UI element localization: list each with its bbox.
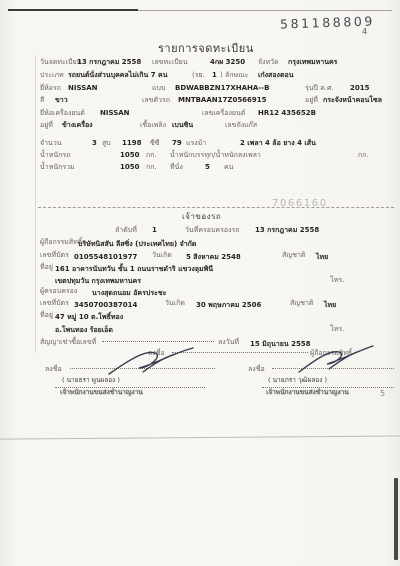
vin-location-label: อยู่ที่ [305, 97, 318, 105]
reg-date-label: วันจดทะเบียน [40, 59, 81, 67]
handwritten-reference-number: 581188809 [280, 14, 375, 31]
ry-value: 1 [212, 72, 217, 80]
holder-id-value: 0105548101977 [74, 254, 137, 262]
possessor-nationality-value: ไทย [324, 302, 336, 310]
holder-tel-label: โทร. [330, 277, 344, 285]
province-value: กรุงเทพมหานคร [288, 59, 337, 67]
plate-value: 4กผ 3250 [210, 59, 245, 67]
right-officer-signature [295, 344, 377, 376]
possession-date-value: 13 กรกฎาคม 2558 [255, 227, 319, 235]
brand-value: NISSAN [68, 85, 98, 93]
possessor-label: ผู้ครอบครอง [40, 288, 77, 296]
province-label: จังหวัด [258, 59, 279, 67]
fuel-label: เชื้อเพลิง [140, 122, 166, 130]
sequence-label: ลำดับที่ [115, 227, 137, 235]
body-style-value: เก๋งสองตอน [258, 72, 293, 80]
vin-location-value: กระจังหน้าคอนโซล [323, 97, 382, 105]
possessor-id-label: เลขที่บัตร [40, 300, 69, 308]
section-dashed-divider [38, 207, 394, 208]
left-officer-title: เจ้าพนักงานขนส่งชำนาญงาน [60, 389, 143, 396]
year-value: 2015 [350, 85, 369, 93]
year-label: รุ่นปี ค.ศ. [305, 85, 334, 93]
fuel-value: เบนซิน [172, 122, 193, 130]
gross-weight-label: น้ำหนักรวม [40, 164, 75, 172]
gas-tank-label: เลขถังแก๊ส [225, 122, 257, 130]
seats-label: ที่นั่ง [170, 164, 183, 172]
engine-brand-value: NISSAN [100, 110, 130, 118]
ry-open-label: (รย. [192, 72, 205, 80]
weight-value: 1050 [120, 152, 139, 160]
cc-unit-label: ซีซี [150, 140, 160, 148]
right-officer-title: เจ้าพนักงานขนส่งชำนาญงาน [266, 389, 349, 396]
holder-dob-value: 5 สิงหาคม 2548 [186, 254, 241, 262]
faint-stamp-number: 7066160 [272, 198, 328, 209]
scan-left-vertical-line [35, 55, 36, 353]
reg-date-value: 13 กรกฎาคม 2558 [77, 59, 141, 67]
holder-id-label: เลขที่บัตร [40, 252, 69, 260]
plate-label: เลขทะเบียน [152, 59, 188, 67]
scan-right-edge-bar [394, 478, 398, 560]
right-sign-label: ลงชื่อ [248, 366, 265, 374]
handwritten-sub-digit: 4 [362, 28, 367, 37]
possessor-tel-label: โทร. [330, 326, 344, 334]
holder-label: ผู้ถือกรรมสิทธิ์ [40, 239, 82, 247]
cylinders-value: 3 [92, 140, 97, 148]
engine-brand-label: ยี่ห้อเครื่องยนต์ [40, 110, 85, 118]
contract-number-dotted-line [102, 333, 214, 342]
load-unit-label: กก. [358, 152, 369, 160]
left-sign-label: ลงชื่อ [45, 366, 62, 374]
registration-document-scan: 581188809 4 รายการจดทะเบียน วันจดทะเบียน… [0, 0, 400, 566]
brand-label: ยี่ห้อรถ [40, 85, 61, 93]
cc-value: 1198 [122, 140, 141, 148]
ry-close-label: ) ลักษณะ [220, 72, 248, 80]
model-label: แบบ [152, 85, 165, 93]
possessor-name-value: นางสุดถนอม อัครประชะ [92, 290, 166, 298]
weight-unit-label: กก. [146, 152, 157, 160]
color-value: ขาว [55, 97, 68, 105]
seats-unit-label: คน [224, 164, 233, 172]
possessor-dob-value: 30 พฤษภาคม 2506 [196, 302, 261, 310]
possession-date-label: วันที่ครอบครองรถ [185, 227, 239, 235]
cylinder-unit-label: สูบ [102, 140, 111, 148]
hp-unit-label: แรงม้า [186, 140, 206, 148]
contract-label: สัญญาเช่าซื้อเลขที่ [40, 339, 96, 347]
possessor-dob-label: วันเกิด [165, 300, 185, 308]
model-value: BDWABBZN17XHAHA--B [175, 85, 269, 93]
sequence-value: 1 [152, 227, 157, 235]
load-label: น้ำหนักบรรทุก/น้ำหนักลงเพลา [170, 152, 261, 160]
weight-label: น้ำหนักรถ [40, 152, 70, 160]
count-label: จำนวน [40, 140, 62, 148]
holder-address-line1: 161 อาคารนันทวัน ชั้น 1 ถนนราชดำริ แขวงล… [55, 266, 213, 274]
possessor-id-value: 3450700387014 [74, 302, 137, 310]
gross-weight-value: 1050 [120, 164, 139, 172]
engine-no-label: เลขเครื่องยนต์ [202, 110, 245, 118]
engine-location-value: ข้างเครื่อง [62, 122, 93, 130]
holder-nationality-label: สัญชาติ [282, 252, 305, 260]
possessor-address-label: ที่อยู่ [40, 312, 53, 320]
type-label: ประเภท [40, 72, 64, 80]
axle-info-value: 2 เพลา 4 ล้อ ยาง 4 เส้น [240, 140, 316, 148]
page-title: รายการจดทะเบียน [158, 43, 254, 55]
gross-unit-label: กก. [146, 164, 157, 172]
left-name-dotted-line [55, 379, 205, 388]
holder-address-label: ที่อยู่ [40, 264, 53, 272]
type-value: รถยนต์นั่งส่วนบุคคลไม่เกิน 7 คน [68, 72, 167, 80]
left-officer-signature [105, 346, 197, 378]
scan-bottom-line [0, 435, 400, 439]
holder-name-value: บริษัทนิสสัน ลีสซิ่ง (ประเทศไทย) จำกัด [78, 241, 196, 249]
hp-value: 79 [172, 140, 182, 148]
owner-section-header: เจ้าของรถ [182, 213, 221, 222]
holder-nationality-value: ไทย [316, 254, 328, 262]
possessor-address-line1: 47 หมู่ 10 ต.โพธิ์ทอง [55, 314, 123, 322]
holder-address-line2: เขตปทุมวัน กรุงเทพมหานคร [55, 278, 141, 286]
seats-value: 5 [205, 164, 210, 172]
right-name-dotted-line [262, 379, 394, 388]
page-number: 5 [380, 390, 385, 399]
color-label: สี [40, 97, 44, 105]
vin-label: เลขตัวรถ [142, 97, 170, 105]
possessor-nationality-label: สัญชาติ [290, 300, 313, 308]
engine-location-label: อยู่ที่ [40, 122, 53, 130]
holder-dob-label: วันเกิด [152, 252, 172, 260]
scan-top-dark-line [8, 9, 138, 11]
engine-no-value: HR12 435652B [258, 110, 316, 118]
vin-value: MNTBAAN17Z0566915 [178, 97, 267, 105]
